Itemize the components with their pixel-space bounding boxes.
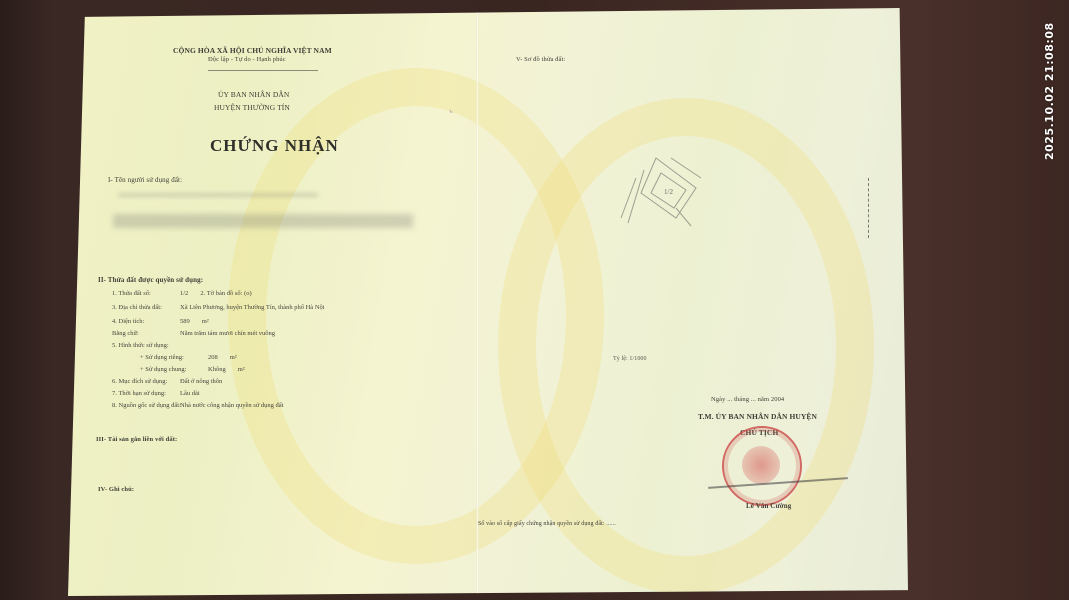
land-detail-label: 4. Diện tích: <box>112 318 180 325</box>
land-detail-value: Đất ở nông thôn <box>180 378 222 385</box>
land-detail-extra: 2. Tờ bản đồ số: (o) <box>200 290 251 297</box>
land-detail-label: 8. Nguồn gốc sử dụng đất: <box>112 402 180 409</box>
land-detail-value: Năm trăm tám mươi chín mét vuông <box>180 330 275 337</box>
national-motto: Độc lập - Tự do - Hạnh phúc <box>208 56 286 63</box>
section-5-heading: V- Sơ đồ thửa đất: <box>516 56 565 63</box>
document-title: CHỨNG NHẬN <box>210 136 339 156</box>
sign-date: Ngày ... tháng ... năm 2004 <box>711 396 784 403</box>
land-detail-label: + Sử dụng chung: <box>140 366 208 373</box>
land-detail-extra: m² <box>230 354 237 361</box>
land-detail-value: 589 <box>180 318 190 325</box>
svg-text:1/2: 1/2 <box>664 188 673 196</box>
land-detail-row: 5. Hình thức sử dụng: <box>112 342 192 349</box>
land-certificate-document: CỘNG HÒA XÃ HỘI CHỦ NGHĨA VIỆT NAM Độc l… <box>68 8 908 596</box>
land-detail-value: 208 <box>208 354 218 361</box>
land-detail-row: 1. Thửa đất số:1/22. Tờ bản đồ số: (o) <box>112 290 252 297</box>
section-3-heading: III- Tài sản gắn liền với đất: <box>96 436 177 443</box>
scale-ruler <box>868 178 873 238</box>
land-plot-sketch: 1/2 <box>616 148 706 238</box>
land-detail-row: Bằng chữ:Năm trăm tám mươi chín mét vuôn… <box>112 330 287 337</box>
section-4-heading: IV- Ghi chú: <box>98 486 134 493</box>
land-detail-label: + Sử dụng riêng: <box>140 354 208 361</box>
land-detail-label: 1. Thửa đất số: <box>112 290 180 297</box>
land-detail-label: 7. Thời hạn sử dụng: <box>112 390 180 397</box>
land-detail-label: 3. Địa chỉ thửa đất: <box>112 304 180 311</box>
issuing-authority: T.M. ỦY BAN NHÂN DÂN HUYỆN <box>698 412 817 421</box>
land-detail-extra: m² <box>202 318 209 325</box>
registry-note: Số vào sổ cấp giấy chứng nhận quyền sử d… <box>478 521 616 527</box>
land-detail-label: 5. Hình thức sử dụng: <box>112 342 180 349</box>
land-detail-row: 7. Thời hạn sử dụng:Lâu dài <box>112 390 212 397</box>
land-detail-value: Nhà nước công nhận quyền sử dụng đất <box>180 402 283 409</box>
section-2-heading: II- Thửa đất được quyền sử dụng: <box>98 276 203 284</box>
land-detail-row: + Sử dụng riêng:208m² <box>140 354 237 361</box>
map-scale: Tỷ lệ: 1/1000 <box>613 356 647 362</box>
signer-name: Lê Văn Cường <box>746 502 791 510</box>
land-detail-row: + Sử dụng chung:Khôngm² <box>140 366 245 373</box>
land-detail-value: 1/2 <box>180 290 188 297</box>
land-detail-row: 3. Địa chỉ thửa đất:Xã Liên Phương, huyệ… <box>112 304 337 311</box>
land-detail-label: 6. Mục đích sử dụng: <box>112 378 180 385</box>
issuer-line-2: HUYỆN THƯỜNG TÍN <box>214 103 290 112</box>
land-detail-row: 6. Mục đích sử dụng:Đất ở nông thôn <box>112 378 234 385</box>
land-detail-row: 8. Nguồn gốc sử dụng đất:Nhà nước công n… <box>112 402 295 409</box>
land-detail-value: Lâu dài <box>180 390 200 397</box>
page-fold-line <box>476 8 479 596</box>
land-detail-value: Xã Liên Phương, huyện Thường Tín, thành … <box>180 304 325 311</box>
nation-header: CỘNG HÒA XÃ HỘI CHỦ NGHĨA VIỆT NAM <box>173 46 332 55</box>
land-detail-extra: m² <box>238 366 245 373</box>
stamp-emblem <box>742 446 780 484</box>
photo-timestamp: 2025.10.02 21:08:08 <box>1043 22 1056 160</box>
land-detail-row: 4. Diện tích:589m² <box>112 318 209 325</box>
land-detail-label: Bằng chữ: <box>112 330 180 337</box>
photo-scene: CỘNG HÒA XÃ HỘI CHỦ NGHĨA VIỆT NAM Độc l… <box>0 0 1069 600</box>
redacted-owner-name <box>118 193 318 197</box>
redacted-owner-address <box>113 214 413 228</box>
official-red-stamp <box>722 426 802 506</box>
land-detail-value: Không <box>208 366 226 373</box>
section-1-heading: I- Tên người sử dụng đất: <box>108 176 182 184</box>
issuer-line-1: ỦY BAN NHÂN DÂN <box>218 90 289 99</box>
header-divider <box>208 70 318 71</box>
